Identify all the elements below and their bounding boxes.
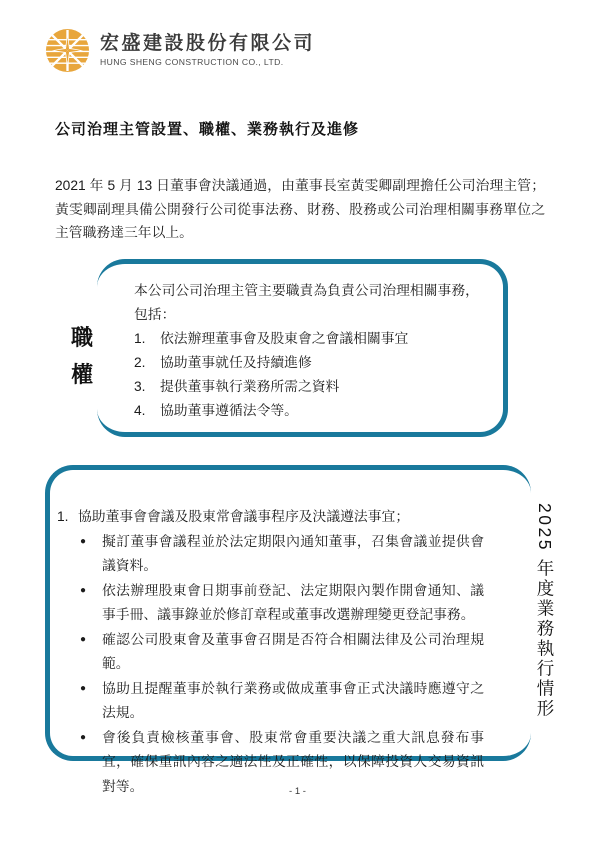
bullet-icon: ●	[80, 530, 102, 579]
list-number: 1.	[57, 505, 78, 530]
letterhead: 宏盛建設股份有限公司 HUNG SHENG CONSTRUCTION CO., …	[44, 27, 315, 74]
page-title: 公司治理主管設置、職權、業務執行及進修	[55, 118, 359, 139]
duty-item-text: 協助董事就任及持續進修	[160, 351, 312, 375]
execution-heading: 1. 協助董事會會議及股東常會議事程序及決議遵法事宜；	[57, 505, 531, 530]
duty-list-item: 2. 協助董事就任及持續進修	[134, 351, 479, 375]
company-name-block: 宏盛建設股份有限公司 HUNG SHENG CONSTRUCTION CO., …	[100, 27, 315, 67]
duty-list: 1. 依法辦理董事會及股東會之會議相關事宜 2. 協助董事就任及持續進修 3. …	[134, 327, 479, 423]
intro-paragraph: 2021 年 5 月 13 日董事會決議通過，由董事長室黃雯卿副理擔任公司治理主…	[55, 174, 545, 245]
execution-box: 1. 協助董事會會議及股東常會議事程序及決議遵法事宜； ● 擬訂董事會議程並於法…	[45, 465, 531, 761]
document-page: 宏盛建設股份有限公司 HUNG SHENG CONSTRUCTION CO., …	[0, 0, 595, 842]
company-name-zh: 宏盛建設股份有限公司	[100, 32, 315, 54]
bullet-text: 協助且提醒董事於執行業務或做成董事會正式決議時應遵守之法規。	[102, 677, 484, 726]
company-name-en: HUNG SHENG CONSTRUCTION CO., LTD.	[100, 57, 315, 67]
bullet-text: 確認公司股東會及董事會召開是否符合相關法律及公司治理規範。	[102, 628, 484, 677]
duty-list-item: 1. 依法辦理董事會及股東會之會議相關事宜	[134, 327, 479, 351]
bullet-text: 擬訂董事會議程並於法定期限內通知董事，召集會議並提供會議資料。	[102, 530, 484, 579]
list-number: 1.	[134, 327, 160, 351]
duty-lead-text: 本公司公司治理主管主要職責為負責公司治理相關事務，包括：	[134, 279, 482, 327]
duty-side-label: 職權	[71, 319, 97, 393]
bullet-icon: ●	[80, 579, 102, 628]
list-number: 3.	[134, 375, 160, 399]
bullet-item: ● 依法辦理股東會日期事前登記、法定期限內製作開會通知、議事手冊、議事錄並於修訂…	[80, 579, 531, 628]
bullet-item: ● 協助且提醒董事於執行業務或做成董事會正式決議時應遵守之法規。	[80, 677, 531, 726]
duty-list-item: 4. 協助董事遵循法令等。	[134, 399, 479, 423]
duty-item-text: 協助董事遵循法令等。	[160, 399, 298, 423]
list-number: 2.	[134, 351, 160, 375]
bullet-item: ● 確認公司股東會及董事會召開是否符合相關法律及公司治理規範。	[80, 628, 531, 677]
company-logo-icon	[44, 27, 91, 74]
execution-bullet-list: ● 擬訂董事會議程並於法定期限內通知董事，召集會議並提供會議資料。 ● 依法辦理…	[57, 530, 531, 800]
page-number: - 1 -	[0, 786, 595, 797]
execution-heading-text: 協助董事會會議及股東常會議事程序及決議遵法事宜；	[78, 505, 409, 530]
bullet-item: ● 擬訂董事會議程並於法定期限內通知董事，召集會議並提供會議資料。	[80, 530, 531, 579]
bullet-icon: ●	[80, 628, 102, 677]
bullet-text: 依法辦理股東會日期事前登記、法定期限內製作開會通知、議事手冊、議事錄並於修訂章程…	[102, 579, 484, 628]
list-number: 4.	[134, 399, 160, 423]
duty-box: 本公司公司治理主管主要職責為負責公司治理相關事務，包括： 1. 依法辦理董事會及…	[97, 259, 508, 437]
duty-item-text: 依法辦理董事會及股東會之會議相關事宜	[160, 327, 408, 351]
execution-side-label: 2025 年度業務執行情形	[533, 503, 558, 733]
duty-item-text: 提供董事執行業務所需之資料	[160, 375, 339, 399]
bullet-icon: ●	[80, 677, 102, 726]
duty-list-item: 3. 提供董事執行業務所需之資料	[134, 375, 479, 399]
